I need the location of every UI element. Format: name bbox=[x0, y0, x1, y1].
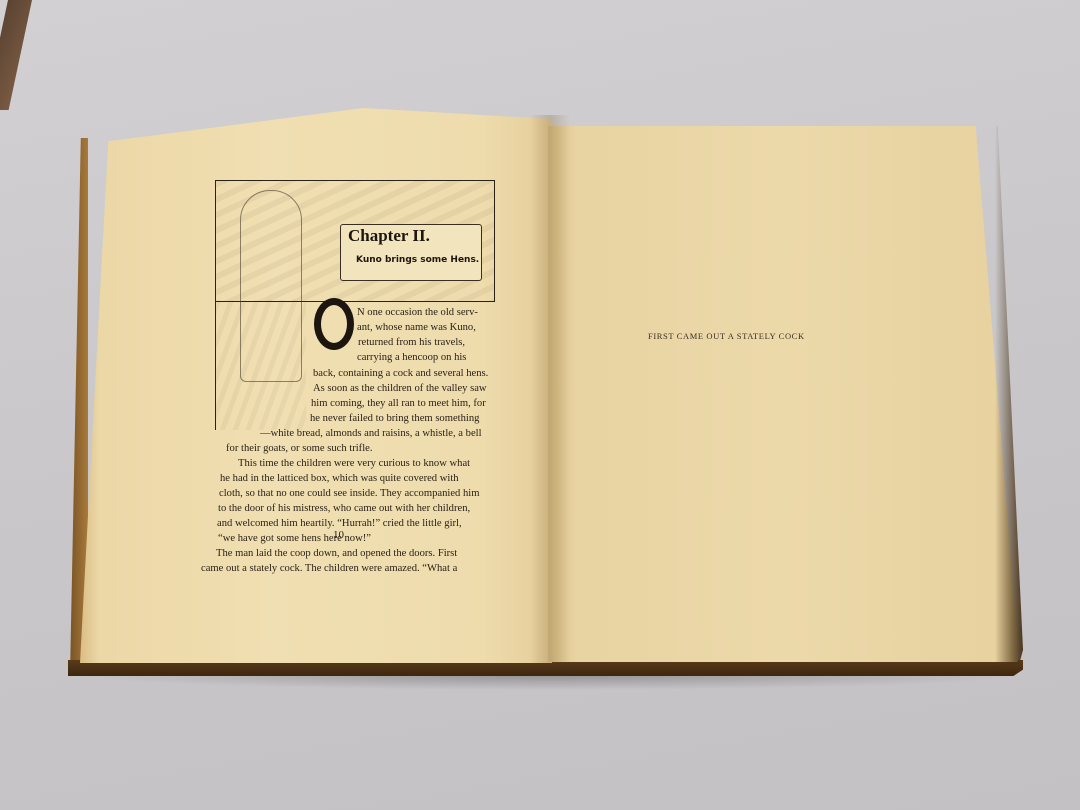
body-line: As soon as the children of the valley sa… bbox=[313, 381, 487, 397]
drop-cap-o bbox=[314, 298, 354, 350]
body-line: him coming, they all ran to meet him, fo… bbox=[311, 396, 486, 412]
page-number: 10 bbox=[333, 529, 344, 541]
body-line: came out a stately cock. The children we… bbox=[201, 561, 457, 577]
illustration-figure bbox=[240, 190, 302, 382]
right-page bbox=[548, 126, 1018, 662]
body-line: “we have got some hens here now!” bbox=[218, 531, 371, 547]
chapter-title: Chapter II. bbox=[348, 226, 430, 246]
body-line: This time the children were very curious… bbox=[238, 456, 470, 472]
body-line: returned from his travels, bbox=[358, 335, 465, 351]
body-line: The man laid the coop down, and opened t… bbox=[216, 546, 457, 562]
body-line: carrying a hencoop on his bbox=[357, 350, 466, 366]
body-line: he never failed to bring them something bbox=[310, 411, 479, 427]
book-gutter bbox=[530, 115, 570, 663]
body-line: N one occasion the old serv- bbox=[357, 305, 478, 321]
body-line: —white bread, almonds and raisins, a whi… bbox=[260, 426, 482, 442]
body-line: ant, whose name was Kuno, bbox=[357, 320, 476, 336]
body-line: to the door of his mistress, who came ou… bbox=[218, 501, 470, 517]
body-line: cloth, so that no one could see inside. … bbox=[219, 486, 479, 502]
chapter-subtitle: Kuno brings some Hens. bbox=[356, 255, 479, 265]
plate-caption: FIRST CAME OUT A STATELY COCK bbox=[648, 331, 805, 341]
open-book: Chapter II. Kuno brings some Hens. N one… bbox=[0, 0, 1080, 810]
body-line: back, containing a cock and several hens… bbox=[313, 366, 488, 382]
right-cover-edge bbox=[995, 126, 1023, 666]
body-line: for their goats, or some such trifle. bbox=[226, 441, 373, 457]
body-line: he had in the latticed box, which was qu… bbox=[220, 471, 459, 487]
